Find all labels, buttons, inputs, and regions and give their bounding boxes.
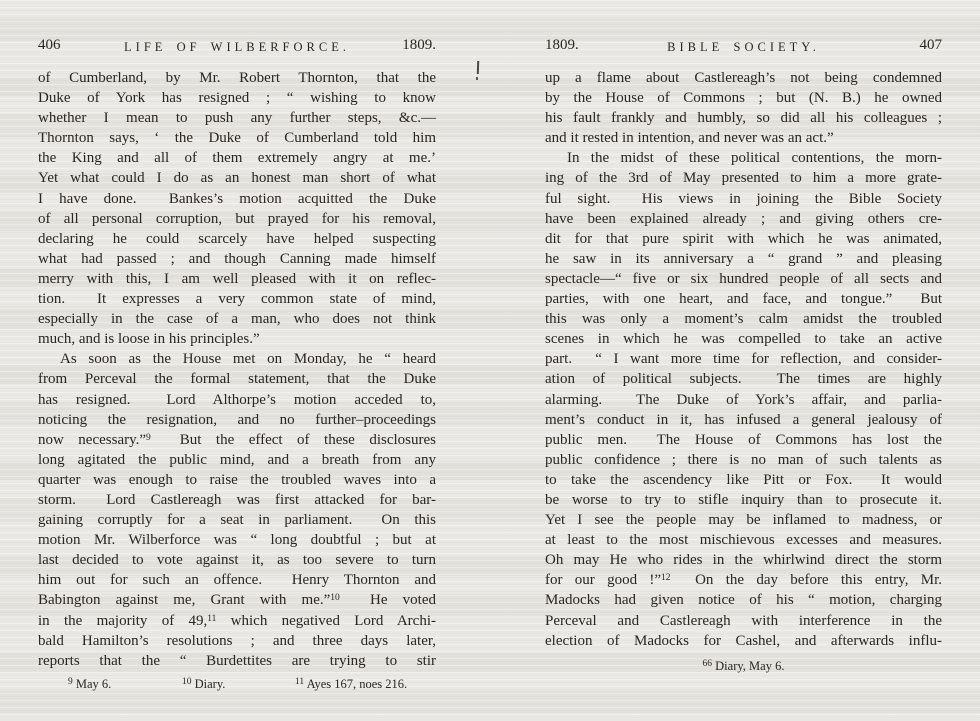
footnotes-left: 9 May 6. 10 Diary. 11 Ayes 167, noes 216… xyxy=(38,677,436,695)
text-line: Duke of York has resigned ; “ wishing to… xyxy=(38,88,436,108)
text-line: ment’s conduct in it, has infused a gene… xyxy=(545,410,942,430)
text-line: ful sight. His views in joining the Bibl… xyxy=(545,189,942,209)
text-line: his fault frankly and humbly, so did all… xyxy=(545,108,942,128)
text-line: has resigned. Lord Althorpe’s motion acc… xyxy=(38,390,436,410)
text-line: bald Hamilton’s resolutions ; and three … xyxy=(38,631,436,651)
text-line: spectacle—“ five or six hundred people o… xyxy=(545,269,942,289)
body-text-right: up a flame about Castlereagh’s not being… xyxy=(545,68,942,651)
text-line: ation of political subjects. The times a… xyxy=(545,369,942,389)
text-line: him out for such an offence. Henry Thorn… xyxy=(38,570,436,590)
text-line: what had passed ; and though Canning mad… xyxy=(38,249,436,269)
text-line: reports that the “ Burdettites are tryin… xyxy=(38,651,436,671)
footnote: 10 Diary. xyxy=(182,677,225,692)
running-title-left: LIFE OF WILBERFORCE. xyxy=(38,40,436,55)
text-line: Madocks had given notice of his “ motion… xyxy=(545,590,942,610)
text-line: declaring he could scarcely have helped … xyxy=(38,229,436,249)
text-line: of Cumberland, by Mr. Robert Thornton, t… xyxy=(38,68,436,88)
text-line: dit for that pure spirit with which he w… xyxy=(545,229,942,249)
text-line: tion. It expresses a very common state o… xyxy=(38,289,436,309)
text-line: Oh may He who rides in the whirlwind dir… xyxy=(545,550,942,570)
text-line: parties, with one heart, and face, and t… xyxy=(545,289,942,309)
text-line: from Perceval the formal statement, that… xyxy=(38,369,436,389)
text-line: up a flame about Castlereagh’s not being… xyxy=(545,68,942,88)
text-line: last decided to vote against it, as too … xyxy=(38,550,436,570)
text-line: In the midst of these political contenti… xyxy=(545,148,942,168)
text-line: Thornton says, ‘ the Duke of Cumberland … xyxy=(38,128,436,148)
body-text-left: of Cumberland, by Mr. Robert Thornton, t… xyxy=(38,68,436,671)
page-number-right: 407 xyxy=(920,37,943,54)
footnote: 11 Ayes 167, noes 216. xyxy=(295,677,407,692)
scan-ink-artifact xyxy=(477,61,479,74)
text-line: motion Mr. Wilberforce was “ long doubtf… xyxy=(38,530,436,550)
footnote: 9 May 6. xyxy=(68,677,111,692)
running-title-right: BIBLE SOCIETY. xyxy=(545,40,942,55)
text-line: merry with this, I am well pleased with … xyxy=(38,269,436,289)
text-line: he saw in its anniversary a “ grand ” an… xyxy=(545,249,942,269)
page-left-header: 406 LIFE OF WILBERFORCE. 1809. xyxy=(38,37,436,59)
text-line: this was only a moment’s calm amidst the… xyxy=(545,309,942,329)
text-line: at least to the most mischievous excesse… xyxy=(545,530,942,550)
page-right: 1809. BIBLE SOCIETY. 407 up a flame abou… xyxy=(545,37,942,674)
text-line: by the House of Commons ; but (N. B.) he… xyxy=(545,88,942,108)
text-line: noticing the resignation, and no further… xyxy=(38,410,436,430)
text-line: quarter was enough to raise the troubled… xyxy=(38,470,436,490)
text-line: As soon as the House met on Monday, he “… xyxy=(38,349,436,369)
text-line: for our good !”12 On the day before this… xyxy=(545,570,942,590)
text-line: public men. The House of Commons has los… xyxy=(545,430,942,450)
page-left: 406 LIFE OF WILBERFORCE. 1809. of Cumber… xyxy=(38,37,436,695)
text-line: Yet I see the people may be inflamed to … xyxy=(545,510,942,530)
text-line: especially in the case of a man, who doe… xyxy=(38,309,436,329)
text-line: I have done. Bankes’s motion acquitted t… xyxy=(38,189,436,209)
text-line: of all personal corruption, but prayed f… xyxy=(38,209,436,229)
scan-ink-artifact-dot xyxy=(476,77,478,80)
text-line: part. “ I want more time for reflection,… xyxy=(545,349,942,369)
text-line: have been explained already ; and giving… xyxy=(545,209,942,229)
text-line: ing of the 3rd of May presented to him a… xyxy=(545,168,942,188)
text-line: Babington against me, Grant with me.”10 … xyxy=(38,590,436,610)
text-line: scenes in which he was compelled to take… xyxy=(545,329,942,349)
text-line: Yet what could I do as an honest man sho… xyxy=(38,168,436,188)
footnote-right: 66 Diary, May 6. xyxy=(545,659,942,674)
text-line: public confidence ; there is no man of s… xyxy=(545,450,942,470)
text-line: storm. Lord Castlereagh was first attack… xyxy=(38,490,436,510)
text-line: and it rested in intention, and never wa… xyxy=(545,128,942,148)
text-line: Perceval and Castlereagh with interferen… xyxy=(545,611,942,631)
page-right-header: 1809. BIBLE SOCIETY. 407 xyxy=(545,37,942,59)
year-left: 1809. xyxy=(402,37,436,54)
text-line: the King and all of them extremely angry… xyxy=(38,148,436,168)
text-line: to take the ascendency like Pitt or Fox.… xyxy=(545,470,942,490)
text-line: whether I mean to push any further steps… xyxy=(38,108,436,128)
text-line: election of Madocks for Cashel, and afte… xyxy=(545,631,942,651)
text-line: be worse to try to stifle inquiry than t… xyxy=(545,490,942,510)
text-line: much, and is loose in his principles.” xyxy=(38,329,436,349)
book-scan: 406 LIFE OF WILBERFORCE. 1809. of Cumber… xyxy=(0,0,980,721)
text-line: now necessary.”9 But the effect of these… xyxy=(38,430,436,450)
text-line: alarming. The Duke of York’s affair, and… xyxy=(545,390,942,410)
text-line: long agitated the public mind, and a bre… xyxy=(38,450,436,470)
text-line: gaining corruptly for a seat in parliame… xyxy=(38,510,436,530)
text-line: in the majority of 49,11 which negatived… xyxy=(38,611,436,631)
